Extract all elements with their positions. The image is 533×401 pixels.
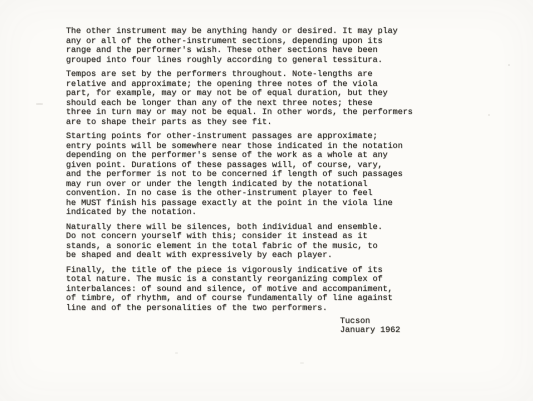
scan-speckle (300, 362, 304, 364)
signature-date: January 1962 (340, 326, 400, 335)
scanned-document-page: The other instrument may be anything han… (0, 0, 533, 401)
signature-block: Tucson January 1962 (340, 317, 400, 336)
paragraph-starting-points: Starting points for other-instrument pas… (66, 132, 476, 218)
scan-speckle (488, 114, 490, 116)
paragraph-other-instrument: The other instrument may be anything han… (66, 27, 476, 65)
scan-speckle (175, 352, 178, 354)
scan-speckle (508, 64, 510, 66)
paragraph-silences: Naturally there will be silences, both i… (66, 223, 476, 261)
paragraph-title: Finally, the title of the piece is vigor… (66, 266, 476, 314)
paragraph-tempos: Tempos are set by the performers through… (66, 70, 476, 127)
document-body: The other instrument may be anything han… (66, 27, 476, 318)
scan-speckle (36, 103, 43, 105)
